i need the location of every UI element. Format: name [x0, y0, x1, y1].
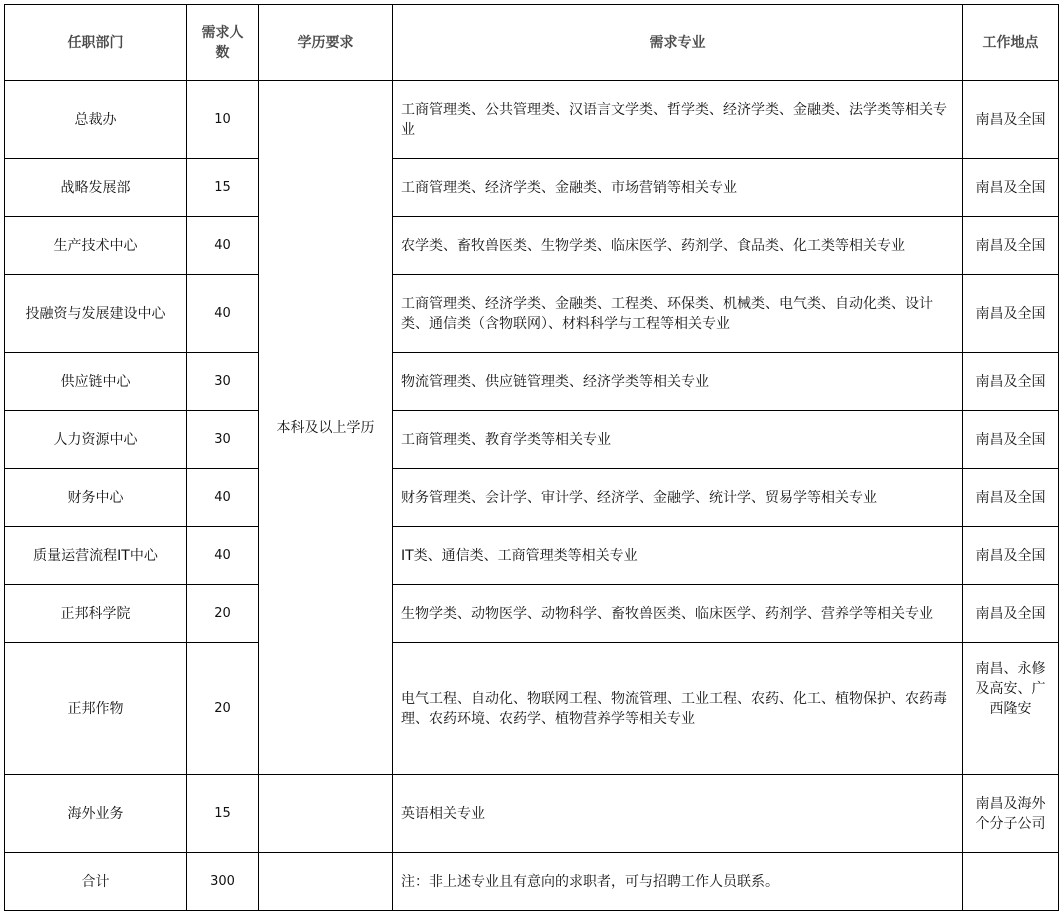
count-cell: 30 [187, 411, 259, 469]
table-row: 正邦科学院 20 生物学类、动物医学、动物科学、畜牧兽医类、临床医学、药剂学、营… [5, 585, 1059, 643]
count-cell: 40 [187, 469, 259, 527]
table-row: 生产技术中心 40 农学类、畜牧兽医类、生物学类、临床医学、药剂学、食品类、化工… [5, 217, 1059, 275]
location-cell: 南昌及全国 [963, 353, 1059, 411]
table-row: 供应链中心 30 物流管理类、供应链管理类、经济学类等相关专业 南昌及全国 [5, 353, 1059, 411]
majors-cell: 财务管理类、会计学、审计学、经济学、金融学、统计学、贸易学等相关专业 [393, 469, 963, 527]
majors-cell: 工商管理类、经济学类、金融类、工程类、环保类、机械类、电气类、自动化类、设计类、… [393, 275, 963, 353]
location-cell [963, 853, 1059, 911]
table-row: 人力资源中心 30 工商管理类、教育学类等相关专业 南昌及全国 [5, 411, 1059, 469]
count-cell: 40 [187, 275, 259, 353]
overseas-row: 海外业务 15 英语相关专业 南昌及海外个分子公司 [5, 775, 1059, 853]
department-cell: 投融资与发展建设中心 [5, 275, 187, 353]
count-cell: 15 [187, 775, 259, 853]
header-education: 学历要求 [259, 5, 393, 81]
location-cell: 南昌、永修及高安、广西隆安 [963, 643, 1059, 775]
count-cell: 20 [187, 643, 259, 775]
department-cell: 质量运营流程IT中心 [5, 527, 187, 585]
location-cell: 南昌及全国 [963, 159, 1059, 217]
total-count: 300 [187, 853, 259, 911]
count-cell: 15 [187, 159, 259, 217]
department-cell: 总裁办 [5, 81, 187, 159]
department-cell: 财务中心 [5, 469, 187, 527]
education-cell [259, 775, 393, 853]
majors-cell: 生物学类、动物医学、动物科学、畜牧兽医类、临床医学、药剂学、营养学等相关专业 [393, 585, 963, 643]
location-cell: 南昌及全国 [963, 527, 1059, 585]
department-cell: 供应链中心 [5, 353, 187, 411]
majors-cell: 工商管理类、教育学类等相关专业 [393, 411, 963, 469]
header-location: 工作地点 [963, 5, 1059, 81]
location-cell: 南昌及全国 [963, 469, 1059, 527]
majors-cell: 农学类、畜牧兽医类、生物学类、临床医学、药剂学、食品类、化工类等相关专业 [393, 217, 963, 275]
header-department: 任职部门 [5, 5, 187, 81]
header-majors: 需求专业 [393, 5, 963, 81]
table-row: 总裁办 10 本科及以上学历 工商管理类、公共管理类、汉语言文学类、哲学类、经济… [5, 81, 1059, 159]
department-cell: 生产技术中心 [5, 217, 187, 275]
count-cell: 10 [187, 81, 259, 159]
majors-cell: 英语相关专业 [393, 775, 963, 853]
education-cell [259, 853, 393, 911]
majors-cell: 工商管理类、公共管理类、汉语言文学类、哲学类、经济学类、金融类、法学类等相关专业 [393, 81, 963, 159]
majors-cell: 电气工程、自动化、物联网工程、物流管理、工业工程、农药、化工、植物保护、农药毒理… [393, 643, 963, 775]
department-cell: 正邦作物 [5, 643, 187, 775]
note-cell: 注：非上述专业且有意向的求职者，可与招聘工作人员联系。 [393, 853, 963, 911]
location-cell: 南昌及全国 [963, 81, 1059, 159]
header-row: 任职部门 需求人数 学历要求 需求专业 工作地点 [5, 5, 1059, 81]
majors-cell: 物流管理类、供应链管理类、经济学类等相关专业 [393, 353, 963, 411]
department-cell: 人力资源中心 [5, 411, 187, 469]
department-cell: 正邦科学院 [5, 585, 187, 643]
table-row: 财务中心 40 财务管理类、会计学、审计学、经济学、金融学、统计学、贸易学等相关… [5, 469, 1059, 527]
education-cell: 本科及以上学历 [259, 81, 393, 775]
total-label: 合计 [5, 853, 187, 911]
table-row: 投融资与发展建设中心 40 工商管理类、经济学类、金融类、工程类、环保类、机械类… [5, 275, 1059, 353]
recruitment-table: 任职部门 需求人数 学历要求 需求专业 工作地点 总裁办 10 本科及以上学历 … [4, 4, 1059, 911]
total-row: 合计 300 注：非上述专业且有意向的求职者，可与招聘工作人员联系。 [5, 853, 1059, 911]
location-cell: 南昌及海外个分子公司 [963, 775, 1059, 853]
count-cell: 20 [187, 585, 259, 643]
majors-cell: 工商管理类、经济学类、金融类、市场营销等相关专业 [393, 159, 963, 217]
location-cell: 南昌及全国 [963, 217, 1059, 275]
table-row: 正邦作物 20 电气工程、自动化、物联网工程、物流管理、工业工程、农药、化工、植… [5, 643, 1059, 775]
department-cell: 战略发展部 [5, 159, 187, 217]
count-cell: 40 [187, 527, 259, 585]
header-count: 需求人数 [187, 5, 259, 81]
count-cell: 40 [187, 217, 259, 275]
table-row: 战略发展部 15 工商管理类、经济学类、金融类、市场营销等相关专业 南昌及全国 [5, 159, 1059, 217]
majors-cell: IT类、通信类、工商管理类等相关专业 [393, 527, 963, 585]
department-cell: 海外业务 [5, 775, 187, 853]
count-cell: 30 [187, 353, 259, 411]
location-cell: 南昌及全国 [963, 275, 1059, 353]
location-cell: 南昌及全国 [963, 411, 1059, 469]
location-cell: 南昌及全国 [963, 585, 1059, 643]
table-row: 质量运营流程IT中心 40 IT类、通信类、工商管理类等相关专业 南昌及全国 [5, 527, 1059, 585]
